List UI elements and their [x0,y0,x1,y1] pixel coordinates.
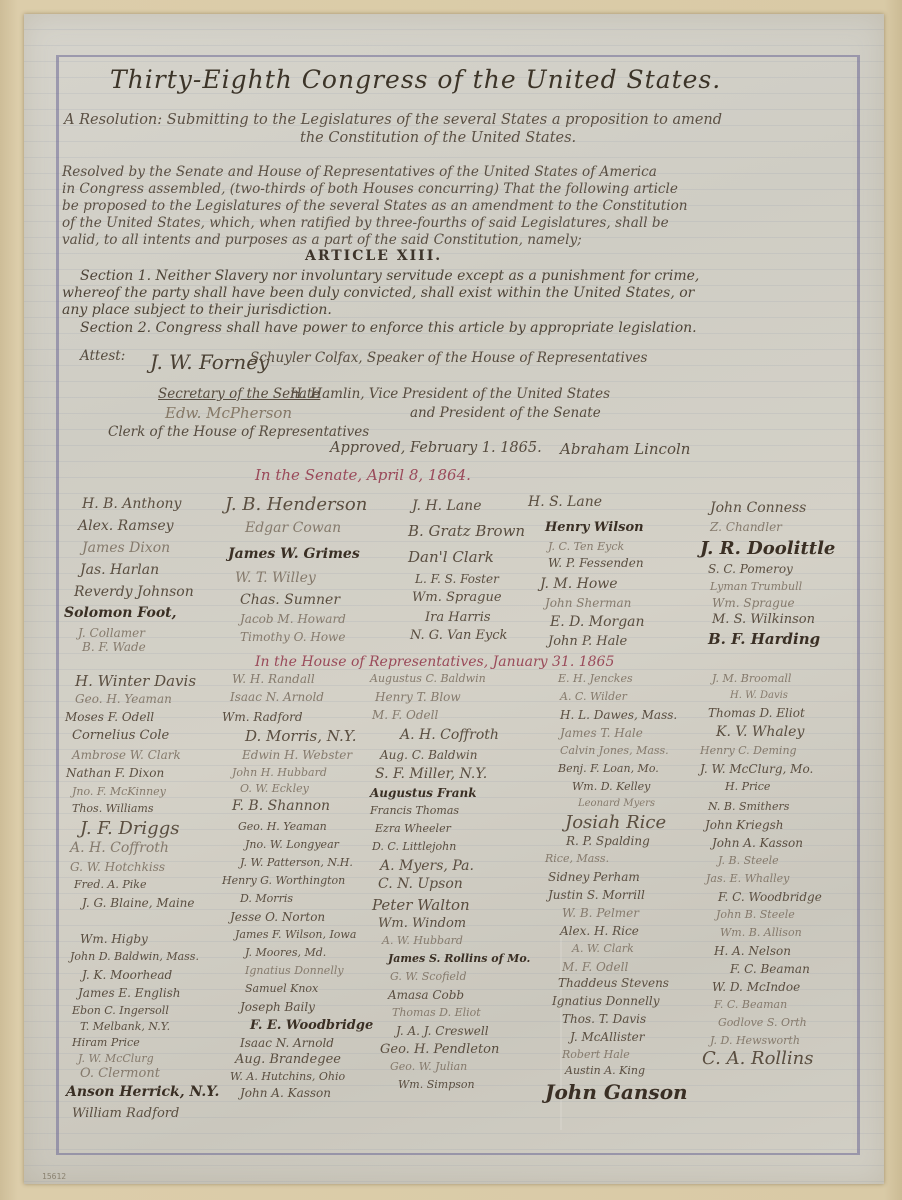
signature: Thomas D. Eliot [708,706,805,720]
signature: John H. Hubbard [232,766,327,779]
signature: Wm. D. Kelley [572,780,650,793]
resolution-heading-line-1: A Resolution: Submitting to the Legislat… [64,112,722,128]
signature: Samuel Knox [245,982,318,995]
signature: Jas. E. Whalley [706,872,789,885]
body-line-5: valid, to all intents and purposes as a … [62,232,582,248]
signature: J. W. McClurg, Mo. [700,762,813,776]
signature: Isaac N. Arnold [240,1036,334,1050]
signature: Ignatius Donnelly [552,994,660,1008]
signature: E. D. Morgan [550,614,645,630]
signature: Wm. Higby [80,932,148,946]
signature: H. L. Dawes, Mass. [560,708,677,722]
signature: O. W. Eckley [240,782,309,795]
signature: Anson Herrick, N.Y. [66,1084,219,1100]
body-line-3: be proposed to the Legislatures of the s… [62,198,688,214]
signature: Godlove S. Orth [718,1016,807,1029]
signature: Henry G. Worthington [222,874,345,887]
signature: Ebon C. Ingersoll [72,1004,169,1017]
signature: H. B. Anthony [82,496,181,512]
signature: John Kriegsh [705,818,784,832]
signature: F. C. Beaman [730,962,810,976]
signature: Ezra Wheeler [375,822,451,835]
signature: M. F. Odell [562,960,628,974]
signature: H. S. Lane [528,494,602,510]
signature: W. P. Fessenden [548,556,644,570]
signature: F. C. Beaman [714,998,787,1011]
signature: Chas. Sumner [240,592,340,608]
signature: Geo. H. Yeaman [75,692,172,706]
signature: James F. Wilson, Iowa [235,928,356,941]
signature: Justin S. Morrill [548,888,645,902]
section-1-line-1: Section 1. Neither Slavery nor involunta… [80,268,699,284]
signature: Josiah Rice [565,812,666,833]
attest-label: Attest: [80,348,125,364]
signature: J. C. Ten Eyck [548,540,624,553]
signature: Edwin H. Webster [242,748,352,762]
signature: Isaac N. Arnold [230,690,324,704]
vp-line-1: H. Hamlin, Vice President of the United … [290,386,610,402]
approved-line: Approved, February 1. 1865. [330,440,542,456]
signature: Wm. Sprague [712,596,795,610]
signature: Fred. A. Pike [74,878,146,891]
signature: Sidney Perham [548,870,640,884]
signature: Joseph Baily [240,1000,315,1014]
signature: A. Myers, Pa. [380,858,474,874]
signature: J. D. Hewsworth [710,1034,800,1047]
signature: Thomas D. Eliot [392,1006,481,1019]
signature: Henry T. Blow [375,690,461,704]
signature: W. B. Pelmer [562,906,639,920]
signature: O. Clermont [80,1066,160,1081]
clerk-title: Clerk of the House of Representatives [108,424,369,440]
signature: M. S. Wilkinson [712,612,815,627]
signature: E. H. Jenckes [558,672,633,685]
signature: James T. Hale [560,726,643,740]
signature: John Ganson [545,1080,688,1104]
signature: Moses F. Odell [65,710,154,724]
signature: Ignatius Donnelly [245,964,344,977]
signature: Henry Wilson [545,520,644,535]
signature: T. Melbank, N.Y. [80,1020,170,1033]
signature: J. Moores, Md. [245,946,326,959]
signature: Alex. H. Rice [560,924,639,938]
resolution-heading-line-2: the Constitution of the United States. [300,130,576,146]
document-title: Thirty-Eighth Congress of the United Sta… [110,65,721,94]
signature: John A. Kasson [712,836,803,850]
signature: John D. Baldwin, Mass. [70,950,199,963]
signature: Reverdy Johnson [74,584,194,600]
signature: H. Price [725,780,770,793]
vp-line-2: and President of the Senate [410,405,601,421]
speaker-line: Schuyler Colfax, Speaker of the House of… [250,350,647,366]
house-heading: In the House of Representatives, January… [255,654,614,670]
signature: Rice, Mass. [545,852,609,865]
signature: J. G. Blaine, Maine [82,896,195,910]
signature: Jno. W. Longyear [245,838,339,851]
signature: John B. Steele [716,908,795,921]
signature: D. C. Littlejohn [372,840,456,853]
senate-heading: In the Senate, April 8, 1864. [255,466,471,484]
signature: Leonard Myers [578,798,655,809]
signature: J. W. Patterson, N.H. [240,856,353,869]
signature: John Sherman [545,596,631,610]
signature: J. M. Howe [540,576,618,592]
signature: W. D. McIndoe [712,980,800,994]
section-1-line-2: whereof the party shall have been duly c… [62,285,694,301]
signature: J. McAllister [570,1030,645,1044]
signature: Lyman Trumbull [710,580,802,593]
signature: B. Gratz Brown [408,522,525,540]
signature: C. A. Rollins [702,1048,814,1069]
signature: Jno. F. McKinney [72,785,166,798]
signature: H. W. Davis [730,690,788,701]
signature: A. H. Coffroth [70,840,169,856]
section-2-line: Section 2. Congress shall have power to … [80,320,697,336]
signature: William Radford [72,1106,179,1121]
signature: A. C. Wilder [560,690,627,703]
signature: S. F. Miller, N.Y. [375,766,487,782]
signature: A. W. Hubbard [382,934,463,947]
signature: Augustus C. Baldwin [370,672,486,685]
signature: R. P. Spalding [566,834,650,848]
signature: B. F. Harding [708,630,820,648]
signature: J. W. McClurg [78,1052,154,1065]
signature: N. B. Smithers [708,800,789,813]
signature: W. T. Willey [235,570,316,586]
signature: H. A. Nelson [714,944,791,958]
signature: Z. Chandler [710,520,782,534]
signature: L. F. S. Foster [415,572,499,586]
signature: Dan'l Clark [408,548,494,566]
signature: John P. Hale [548,634,627,649]
section-1-line-3: any place subject to their jurisdiction. [62,302,332,318]
body-line-2: in Congress assembled, (two-thirds of bo… [62,181,678,197]
signature: Wm. Sprague [412,590,502,605]
signature: Ambrose W. Clark [72,748,181,762]
signature: Geo. H. Pendleton [380,1042,499,1057]
article-heading: ARTICLE XIII. [305,248,442,264]
signature: C. N. Upson [378,876,463,892]
signature: Augustus Frank [370,786,477,800]
signature: J. Collamer [78,626,145,640]
signature: Thos. T. Davis [562,1012,646,1026]
signature: Geo. H. Yeaman [238,820,327,833]
signature: Thos. Williams [72,802,154,815]
president-signature: Abraham Lincoln [560,440,690,458]
signature: Austin A. King [565,1064,645,1077]
body-line-4: of the United States, which, when ratifi… [62,215,669,231]
signature: J. M. Broomall [712,672,791,685]
signature: D. Morris, N.Y. [245,727,356,745]
signature: D. Morris [240,892,293,905]
signature: Peter Walton [372,896,470,914]
signature: James E. English [78,986,181,1000]
signature: James W. Grimes [228,546,360,562]
signature: F. B. Shannon [232,798,330,814]
signature: F. C. Woodbridge [718,890,822,904]
signature: N. G. Van Eyck [410,628,507,643]
signature: H. Winter Davis [75,672,196,690]
signature: J. K. Moorhead [82,968,172,982]
signature: Francis Thomas [370,804,459,817]
signature: Geo. W. Julian [390,1060,467,1073]
signature: Wm. Windom [378,916,466,931]
signature: Aug. C. Baldwin [380,748,477,762]
signature: Henry C. Deming [700,744,797,757]
signature: Thaddeus Stevens [558,976,669,990]
signature: James Dixon [82,540,170,556]
signature: A. W. Clark [572,942,634,955]
signature: Jacob M. Howard [240,612,346,626]
signature: Wm. Simpson [398,1078,475,1091]
body-line-1: Resolved by the Senate and House of Repr… [62,164,657,180]
signature: F. E. Woodbridge [250,1018,373,1033]
signature: J. B. Steele [718,854,779,867]
signature: Timothy O. Howe [240,630,345,644]
signature: J. F. Driggs [80,818,179,839]
signature: Aug. Brandegee [235,1052,341,1067]
signature: Robert Hale [562,1048,630,1061]
signature: Hiram Price [72,1036,140,1049]
signature: M. F. Odell [372,708,438,722]
signature: Jesse O. Norton [230,910,325,924]
signature: Edgar Cowan [245,520,341,536]
signature: Nathan F. Dixon [66,766,164,780]
signature: J. H. Lane [412,498,481,514]
signature: John Conness [710,500,806,516]
signature: Jas. Harlan [80,562,159,578]
signature: S. C. Pomeroy [708,562,793,576]
signature: Wm. Radford [222,710,303,724]
signature: Calvin Jones, Mass. [560,744,669,757]
signature: J. A. J. Creswell [396,1024,489,1038]
signature: W. H. Randall [232,672,315,686]
signature: Wm. B. Allison [720,926,802,939]
signature: G. W. Scofield [390,970,467,983]
signature: J. R. Doolittle [700,538,835,559]
signature: James S. Rollins of Mo. [388,952,530,965]
signature: Benj. F. Loan, Mo. [558,762,659,775]
signature: B. F. Wade [82,640,146,654]
signature: K. V. Whaley [716,724,804,740]
signature: J. B. Henderson [225,494,367,515]
signature: Cornelius Cole [72,728,169,743]
signature: Amasa Cobb [388,988,464,1002]
signature: G. W. Hotchkiss [70,860,165,874]
signature: A. H. Coffroth [400,727,499,743]
signature: Ira Harris [425,610,491,625]
clerk-signature: Edw. McPherson [165,404,292,422]
signature: John A. Kasson [240,1086,331,1100]
signature: W. A. Hutchins, Ohio [230,1070,345,1083]
catalog-number: 15612 [42,1172,66,1181]
signature: Solomon Foot, [64,605,177,621]
signature: Alex. Ramsey [78,518,174,534]
